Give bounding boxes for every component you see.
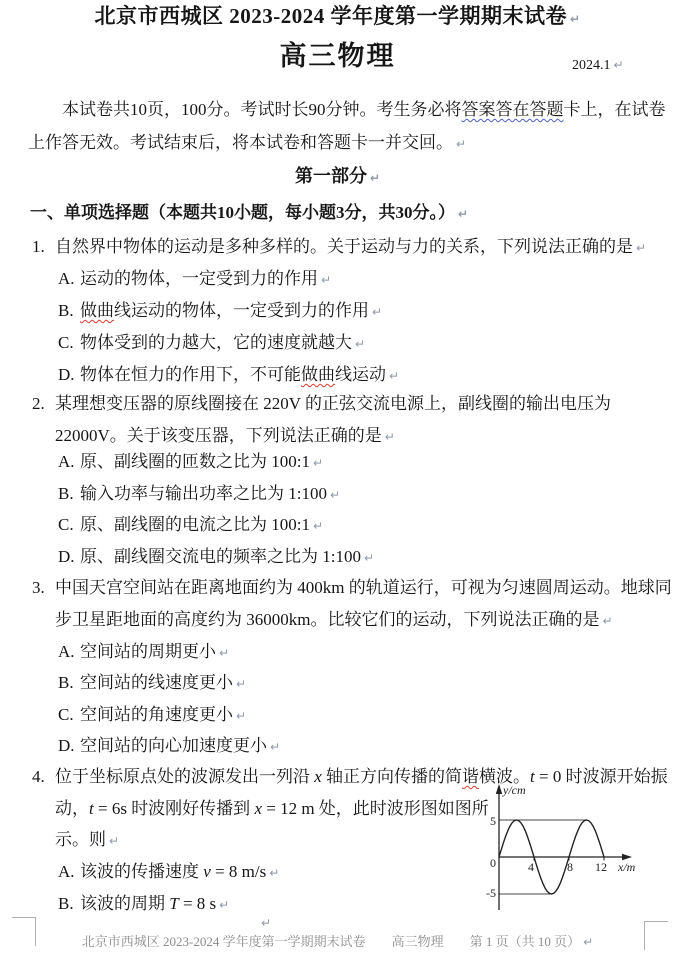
eol-mark: ↵ [355, 337, 365, 351]
figure-xtick-4: 4 [528, 860, 534, 874]
eol-mark: ↵ [583, 935, 593, 949]
section-heading: 一、单项选择题（本题共10小题，每小题3分，共30分。） [30, 203, 455, 222]
option-letter: D. [58, 736, 80, 756]
part-heading: 第一部分 [295, 166, 367, 186]
text-segment: = 8 m/s [211, 862, 266, 881]
option-row: A.空间站的周期更小↵ [58, 642, 229, 662]
option-text: 输入功率与输出功率之比为 1:100 [80, 484, 327, 503]
eol-mark: ↵ [236, 709, 246, 723]
question-4-stem-end: 示。则↵ [55, 830, 119, 850]
option-text: 物体受到的力越大，它的速度就越大 [80, 333, 352, 352]
wave-figure: y/cm 5 0 -5 4 8 12 x/m [470, 780, 670, 920]
intro-line-2-text: 上作答无效。考试结束后，将本试卷和答题卡一并交回。 [28, 133, 453, 152]
option-letter: C. [58, 705, 80, 725]
text-segment: 卡上，在试卷 [564, 100, 666, 119]
option-text: 空间站的周期更小 [80, 642, 216, 661]
eol-mark: ↵ [364, 551, 374, 565]
option-row: D.物体在恒力的作用下，不可能做曲线运动↵ [58, 365, 399, 385]
option-row: D.空间站的向心加速度更小↵ [58, 736, 280, 756]
option-text: 原、副线圈交流电的频率之比为 1:100 [80, 547, 361, 566]
option-row: C.空间站的角速度更小↵ [58, 705, 246, 725]
text-segment: 做曲 [80, 301, 114, 320]
text-segment: x [254, 799, 262, 818]
option-letter: C. [58, 515, 80, 535]
eol-mark: ↵ [636, 241, 646, 255]
option-text: 空间站的角速度更小 [80, 705, 233, 724]
crop-mark-left [12, 917, 36, 946]
text-segment: 物体在恒力的作用下，不可能 [80, 365, 301, 384]
option-row: A.该波的传播速度 v = 8 m/s↵ [58, 862, 279, 882]
question-3-stem-cont: 步卫星距地面的高度约为 36000km。比较它们的运动，下列说法正确的是↵ [55, 610, 613, 630]
exam-date: 2024.1 [572, 58, 611, 73]
text-segment: 线运动的物体，一定受到力的作用 [114, 301, 369, 320]
part-heading-line: 第一部分↵ [0, 166, 675, 188]
option-letter: A. [58, 642, 80, 662]
text-segment: 本试卷共10页，100分。考试时长90分钟。考生务必将 [62, 100, 462, 119]
question-2-stem: 2.某理想变压器的原线圈接在 220V 的正弦交流电源上，副线圈的输出电压为 [32, 394, 611, 414]
option-text: 该波的周期 T = 8 s [80, 894, 216, 913]
option-letter: B. [58, 484, 80, 504]
exam-title: 北京市西城区 2023-2024 学年度第一学期期末试卷 [94, 4, 567, 28]
option-text: 物体在恒力的作用下，不可能做曲线运动 [80, 365, 386, 384]
option-letter: A. [58, 862, 80, 882]
question-stem-text: 步卫星距地面的高度约为 36000km。比较它们的运动，下列说法正确的是 [55, 610, 599, 629]
eol-mark: ↵ [458, 207, 468, 221]
text-segment: 线运动 [335, 365, 386, 384]
option-letter: A. [58, 452, 80, 472]
figure-ytick-minus5: -5 [486, 886, 496, 900]
option-letter: D. [58, 365, 80, 385]
exam-title-line: 北京市西城区 2023-2024 学年度第一学期期末试卷↵ [0, 4, 675, 29]
option-letter: D. [58, 547, 80, 567]
eol-mark: ↵ [372, 305, 382, 319]
option-row: C.物体受到的力越大，它的速度就越大↵ [58, 333, 365, 353]
option-text: 原、副线圈的匝数之比为 100:1 [80, 452, 310, 471]
eol-mark: ↵ [261, 916, 271, 930]
eol-mark: ↵ [456, 137, 466, 151]
wave-figure-svg: y/cm 5 0 -5 4 8 12 x/m [470, 780, 670, 920]
text-segment: = 6s 时波刚好传播到 [94, 799, 255, 818]
eol-mark: ↵ [385, 430, 395, 444]
figure-ytick-5: 5 [490, 814, 496, 828]
eol-mark: ↵ [109, 834, 119, 848]
eol-mark: ↵ [602, 614, 612, 628]
option-row: B.该波的周期 T = 8 s↵ [58, 894, 229, 914]
eol-mark: ↵ [570, 12, 581, 26]
question-1-stem: 1.自然界中物体的运动是多种多样的。关于运动与力的关系，下列说法正确的是↵ [32, 237, 646, 257]
intro-line-1: 本试卷共10页，100分。考试时长90分钟。考生务必将答案答在答题卡上，在试卷 [62, 100, 666, 120]
option-row: A.原、副线圈的匝数之比为 100:1↵ [58, 452, 323, 472]
eol-mark: ↵ [389, 369, 399, 383]
question-3-stem: 3.中国天宫空间站在距离地面约为 400km 的轨道运行，可视为匀速圆周运动。地… [32, 578, 672, 598]
text-segment: v [203, 862, 211, 881]
eol-mark: ↵ [313, 519, 323, 533]
option-letter: B. [58, 894, 80, 914]
figure-ylabel: y/cm [502, 783, 526, 797]
eol-mark: ↵ [370, 171, 380, 185]
option-letter: B. [58, 301, 80, 321]
option-text: 空间站的线速度更小 [80, 673, 233, 692]
exam-page: 北京市西城区 2023-2024 学年度第一学期期末试卷↵ 高三物理 2024.… [0, 0, 675, 954]
page-footer: 北京市西城区 2023-2024 学年度第一学期期末试卷 高三物理 第 1 页（… [0, 931, 675, 950]
footer-text: 北京市西城区 2023-2024 学年度第一学期期末试卷 高三物理 第 1 页（… [82, 934, 580, 949]
text-segment: 该波的传播速度 [80, 862, 203, 881]
question-2-stem-cont: 22000V。关于该变压器，下列说法正确的是↵ [55, 426, 395, 446]
text-segment: 该波的周期 [80, 894, 169, 913]
text-segment: x [314, 767, 322, 786]
option-row: A.运动的物体，一定受到力的作用↵ [58, 269, 331, 289]
text-segment: T [169, 894, 178, 913]
option-row: B.空间站的线速度更小↵ [58, 673, 246, 693]
option-row: B.做曲线运动的物体，一定受到力的作用↵ [58, 301, 382, 321]
option-text: 空间站的向心加速度更小 [80, 736, 267, 755]
option-text: 该波的传播速度 v = 8 m/s [80, 862, 266, 881]
figure-xtick-8: 8 [567, 860, 573, 874]
text-segment: 做曲 [301, 365, 335, 384]
eol-mark: ↵ [614, 58, 624, 72]
text-segment: 动， [55, 799, 89, 818]
option-text: 运动的物体，一定受到力的作用 [80, 269, 318, 288]
eol-mark: ↵ [219, 898, 229, 912]
question-stem-text: 自然界中物体的运动是多种多样的。关于运动与力的关系，下列说法正确的是 [55, 237, 633, 256]
text-segment: 位于坐标原点处的波源发出一列沿 [55, 767, 314, 786]
option-letter: A. [58, 269, 80, 289]
question-stem-text: 示。则 [55, 830, 106, 849]
option-text: 原、副线圈的电流之比为 100:1 [80, 515, 310, 534]
option-row: B.输入功率与输出功率之比为 1:100↵ [58, 484, 340, 504]
figure-ytick-0: 0 [490, 856, 496, 870]
question-stem-text: 22000V。关于该变压器，下列说法正确的是 [55, 426, 382, 445]
question-number: 1. [32, 237, 55, 257]
y-axis-arrow [496, 784, 502, 794]
question-number: 4. [32, 767, 55, 787]
eol-mark: ↵ [219, 646, 229, 660]
option-letter: C. [58, 333, 80, 353]
eol-mark: ↵ [330, 488, 340, 502]
figure-xtick-12: 12 [595, 860, 607, 874]
question-stem-text: 某理想变压器的原线圈接在 220V 的正弦交流电源上，副线圈的输出电压为 [55, 394, 611, 413]
text-segment: 轴正方向传播的简 [322, 767, 462, 786]
question-stem-text: 中国天宫空间站在距离地面约为 400km 的轨道运行，可视为匀速圆周运动。地球同 [55, 578, 672, 597]
eol-mark: ↵ [321, 273, 331, 287]
eol-mark: ↵ [236, 677, 246, 691]
eol-mark: ↵ [269, 866, 279, 880]
eol-mark: ↵ [313, 456, 323, 470]
exam-date-line: 2024.1↵ [572, 58, 624, 75]
text-segment: 答案答在答题 [462, 100, 564, 119]
section-heading-line: 一、单项选择题（本题共10小题，每小题3分，共30分。）↵ [30, 203, 468, 223]
question-number: 3. [32, 578, 55, 598]
option-row: D.原、副线圈交流电的频率之比为 1:100↵ [58, 547, 374, 567]
crop-mark-right [644, 921, 668, 950]
figure-xlabel: x/m [617, 860, 636, 874]
option-row: C.原、副线圈的电流之比为 100:1↵ [58, 515, 323, 535]
text-segment: = 8 s [179, 894, 216, 913]
option-letter: B. [58, 673, 80, 693]
question-number: 2. [32, 394, 55, 414]
text-segment: = 12 m 处，此时波形图如图所 [262, 799, 489, 818]
question-4-stem-cont: 动，t = 6s 时波刚好传播到 x = 12 m 处，此时波形图如图所 [55, 799, 489, 819]
eol-mark: ↵ [270, 740, 280, 754]
option-text: 做曲线运动的物体，一定受到力的作用 [80, 301, 369, 320]
intro-line-2: 上作答无效。考试结束后，将本试卷和答题卡一并交回。↵ [28, 133, 466, 153]
